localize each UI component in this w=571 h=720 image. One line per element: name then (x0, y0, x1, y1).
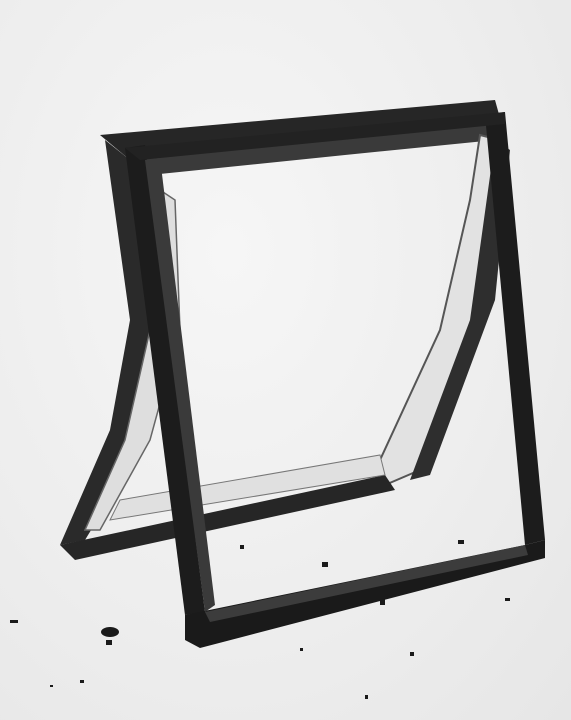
frame-sculpture-drawing (0, 0, 571, 720)
photograph (0, 0, 571, 720)
